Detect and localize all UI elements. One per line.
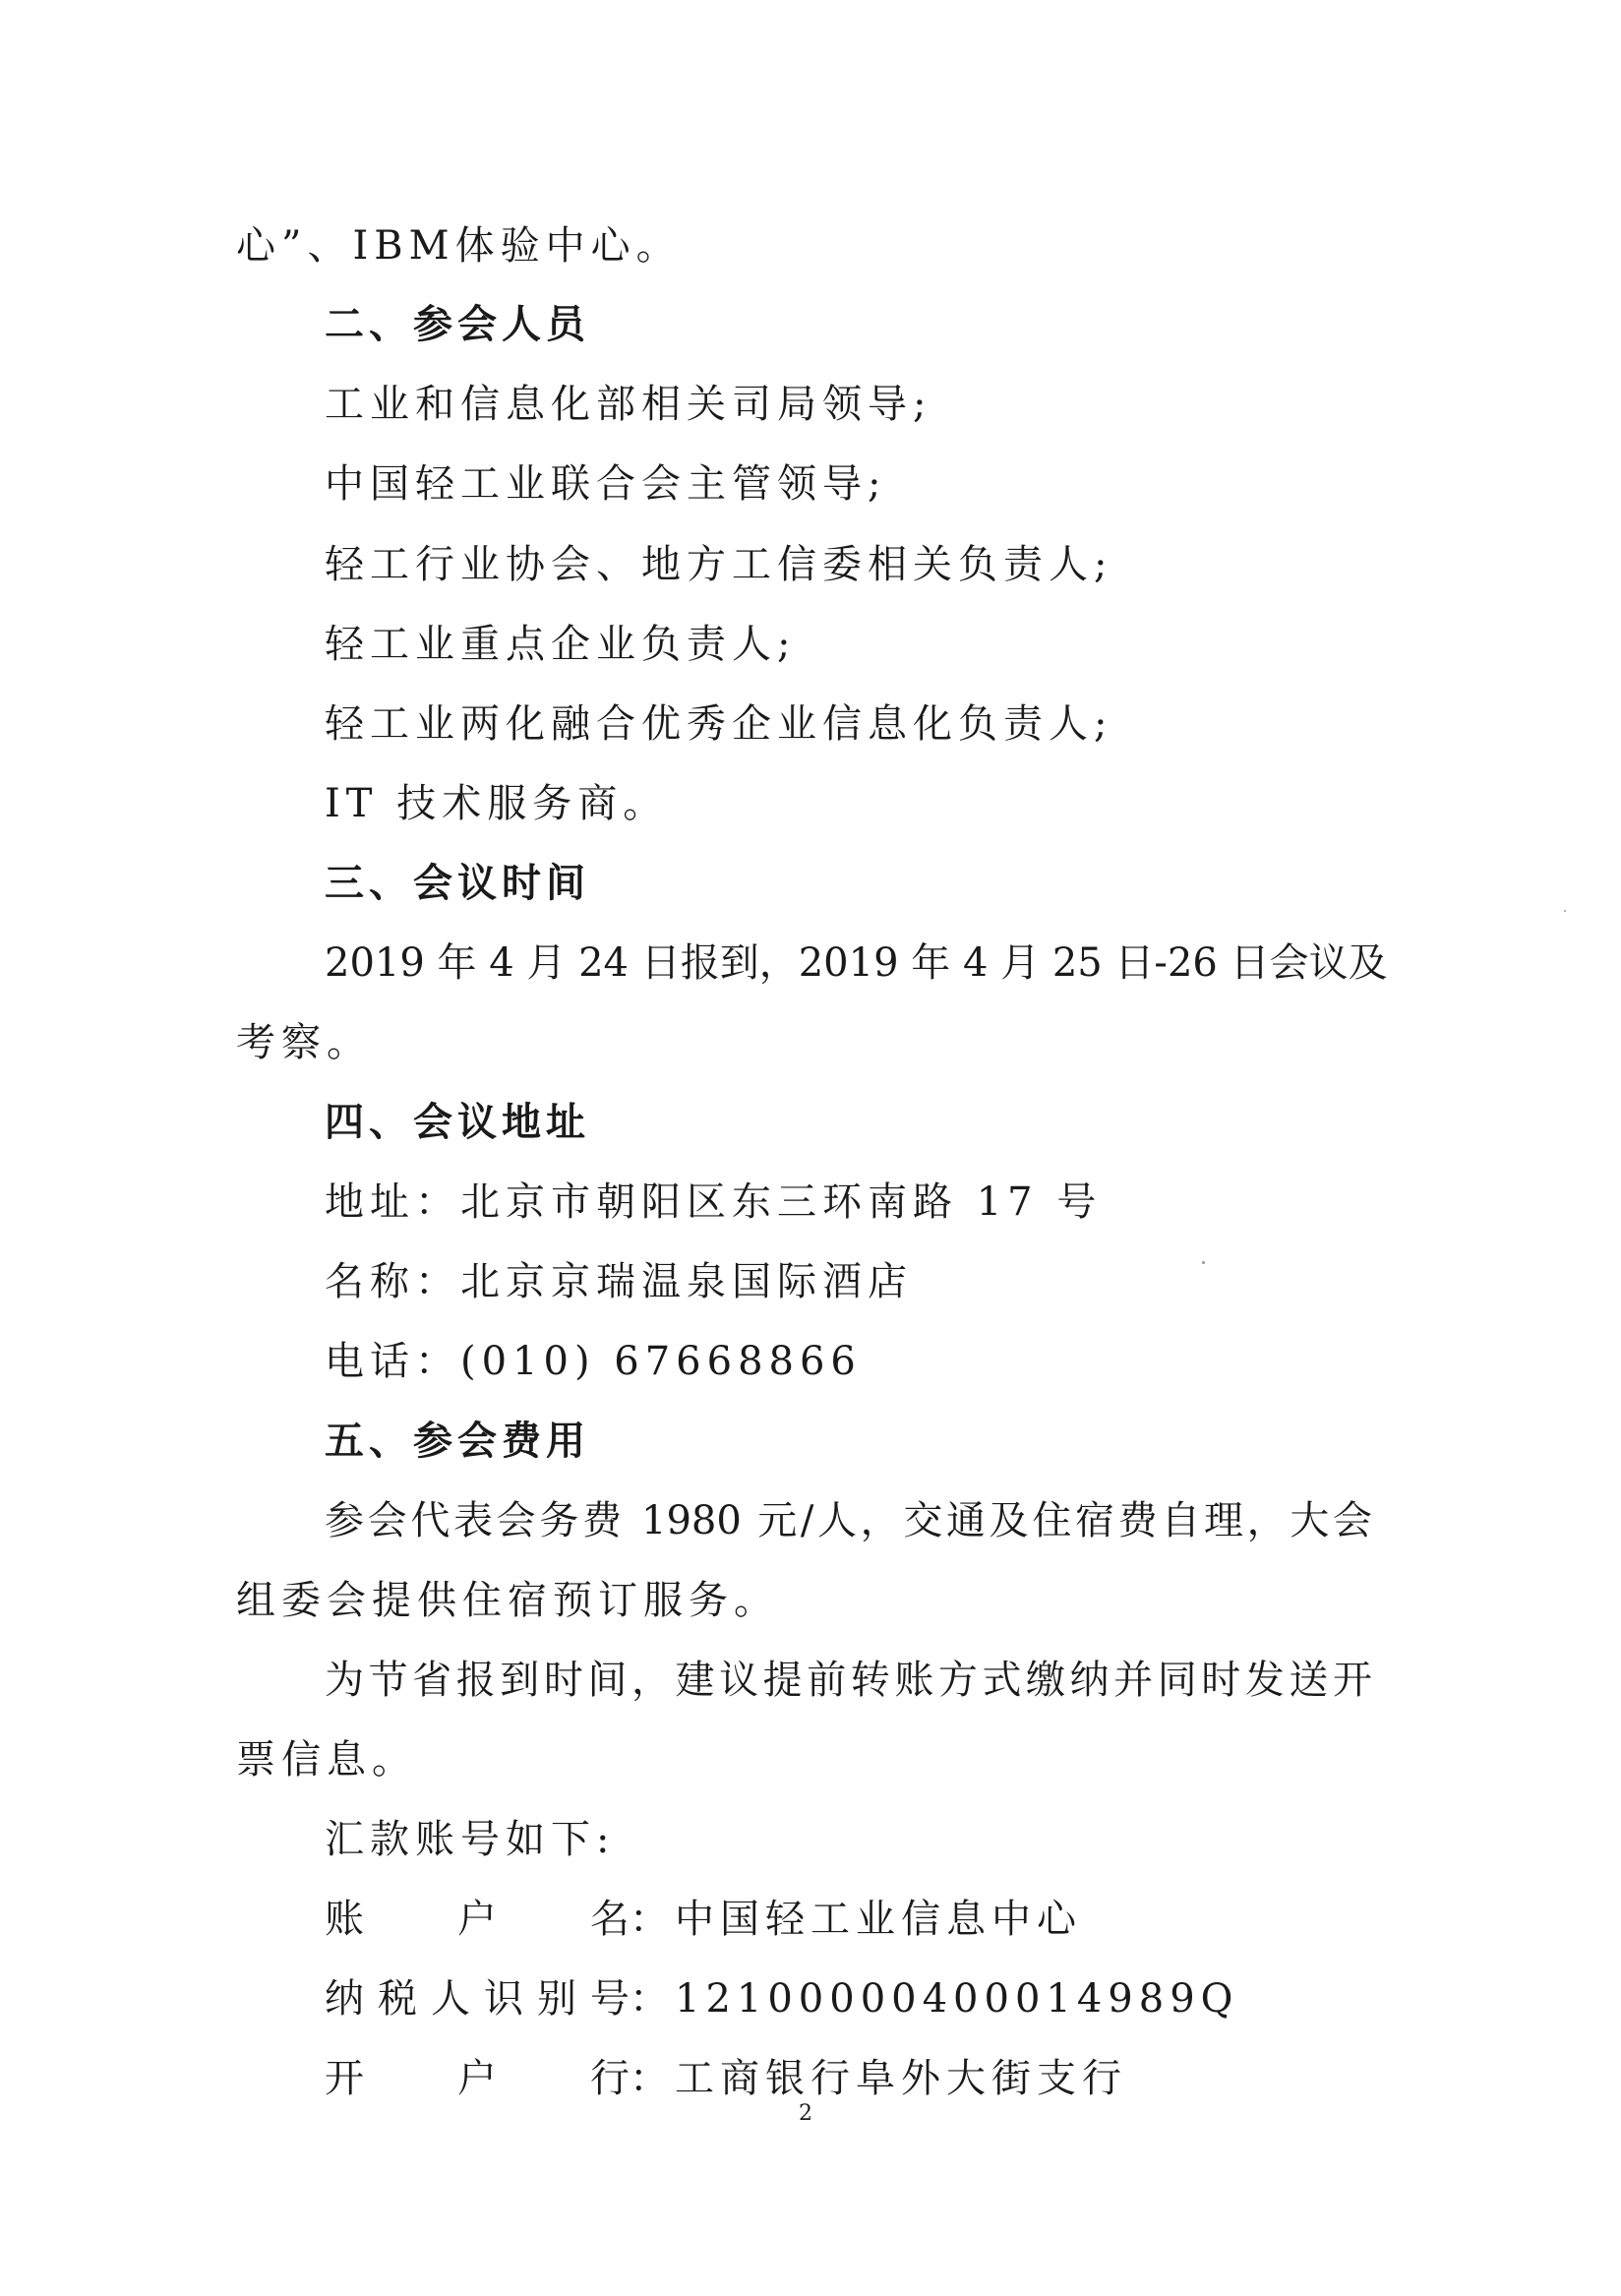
phone-value: (010) 67668866 <box>460 1339 862 1384</box>
meeting-time-paragraph-cont: 考察。 <box>236 1019 372 1066</box>
fee-paragraph-cont: 组委会提供住宿预订服务。 <box>236 1577 779 1624</box>
advice-paragraph: 为节省报到时间，建议提前转账方式缴纳并同时发送开 <box>325 1657 1372 1704</box>
bank-label: 开户行 <box>325 2055 630 2102</box>
venue-phone: 电话：(010) 67668866 <box>325 1338 862 1385</box>
account-name-value: 中国轻工业信息中心 <box>675 1897 1082 1942</box>
document-page: 心”、IBM体验中心。 二、参会人员 工业和信息化部相关司局领导; 中国轻工业联… <box>0 0 1621 2296</box>
name-value: 北京京瑞温泉国际酒店 <box>460 1259 913 1304</box>
advice-paragraph-cont: 票信息。 <box>236 1736 417 1783</box>
scan-speck <box>1564 910 1566 912</box>
address-label: 地址： <box>325 1179 460 1225</box>
taxpayer-id-row: 纳税人识别号：12100000400014989Q <box>325 1975 1238 2023</box>
venue-name: 名称：北京京瑞温泉国际酒店 <box>325 1258 913 1305</box>
attendee-item: IT 技术服务商。 <box>325 780 668 827</box>
bank-value: 工商银行阜外大街支行 <box>675 2056 1127 2101</box>
attendee-item: 轻工行业协会、地方工信委相关负责人; <box>325 541 1112 588</box>
remittance-intro: 汇款账号如下: <box>325 1816 615 1863</box>
section-heading-attendees: 二、参会人员 <box>325 301 590 348</box>
taxpayer-id-value: 12100000400014989Q <box>675 1976 1238 2022</box>
fee-paragraph: 参会代表会务费 1980 元/人，交通及住宿费自理，大会 <box>325 1497 1372 1544</box>
intro-continuation: 心”、IBM体验中心。 <box>236 222 682 270</box>
section-heading-address: 四、会议地址 <box>325 1099 590 1146</box>
account-name-label: 账户名 <box>325 1896 630 1943</box>
phone-label: 电话： <box>325 1339 460 1384</box>
venue-address: 地址：北京市朝阳区东三环南路 17 号 <box>325 1178 1102 1226</box>
section-heading-fees: 五、参会费用 <box>325 1418 590 1465</box>
bank-row: 开户行：工商银行阜外大街支行 <box>325 2055 1127 2102</box>
attendee-item: 轻工业两化融合优秀企业信息化负责人; <box>325 700 1112 748</box>
attendee-item: 工业和信息化部相关司局领导; <box>325 381 931 428</box>
meeting-time-paragraph: 2019 年 4 月 24 日报到，2019 年 4 月 25 日-26 日会议… <box>325 939 1372 987</box>
address-value: 北京市朝阳区东三环南路 17 号 <box>460 1179 1102 1225</box>
taxpayer-id-label: 纳税人识别号 <box>325 1975 630 2023</box>
account-name-row: 账户名：中国轻工业信息中心 <box>325 1896 1082 1943</box>
name-label: 名称： <box>325 1259 460 1304</box>
attendee-item: 轻工业重点企业负责人; <box>325 621 796 668</box>
attendee-item: 中国轻工业联合会主管领导; <box>325 460 886 508</box>
scan-speck <box>1202 1261 1205 1264</box>
section-heading-time: 三、会议时间 <box>325 860 590 907</box>
page-number: 2 <box>799 2101 812 2126</box>
